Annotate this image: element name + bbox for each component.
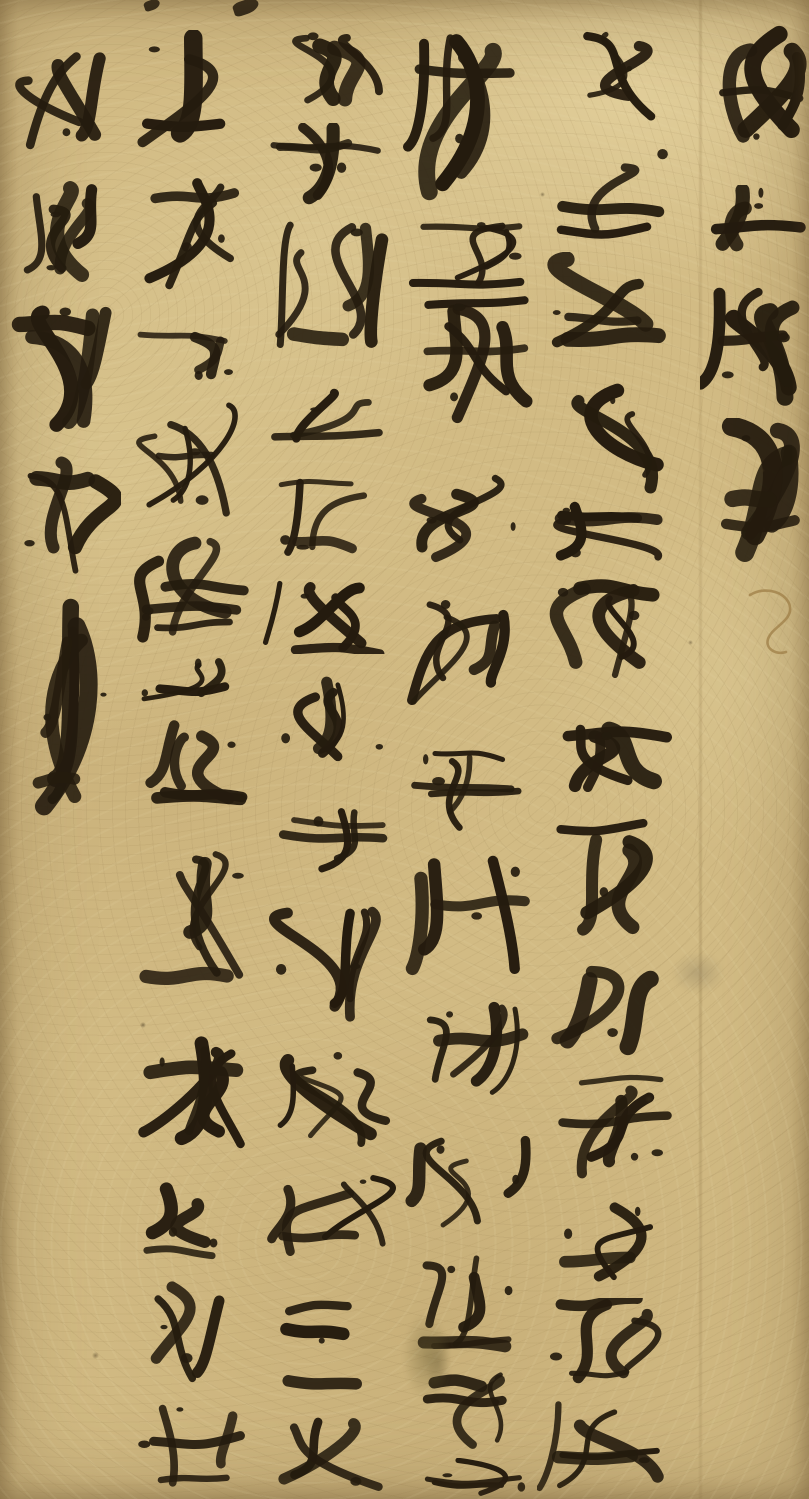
calligraphy-character (391, 1128, 546, 1236)
calligraphy-character (122, 710, 262, 818)
calligraphy-character (700, 418, 809, 568)
calligraphy-character (537, 252, 687, 352)
calligraphy-column-2 (537, 0, 687, 1499)
calligraphy-character (122, 524, 262, 652)
calligraphy-character (255, 786, 405, 884)
calligraphy-character (391, 18, 546, 208)
calligraphy-sheet (0, 0, 809, 1499)
calligraphy-character (255, 378, 405, 456)
calligraphy-character (391, 998, 546, 1106)
calligraphy-character (391, 1366, 546, 1456)
calligraphy-character (391, 598, 546, 710)
calligraphy-character (700, 185, 809, 260)
calligraphy-character (537, 713, 687, 805)
calligraphy-column-5 (122, 0, 262, 1499)
calligraphy-column-6 (3, 0, 121, 1499)
calligraphy-character (122, 30, 262, 154)
calligraphy-character (122, 1400, 262, 1499)
calligraphy-character (537, 1072, 687, 1192)
calligraphy-character (3, 48, 121, 156)
calligraphy-character (537, 25, 687, 125)
calligraphy-character (255, 25, 405, 113)
calligraphy-character (255, 1400, 405, 1499)
calligraphy-character (391, 1248, 546, 1356)
calligraphy-character (391, 470, 546, 566)
calligraphy-character (122, 328, 262, 386)
calligraphy-character (122, 398, 262, 522)
calligraphy-character (3, 590, 121, 830)
calligraphy-character (255, 123, 405, 206)
calligraphy-character (3, 176, 121, 286)
calligraphy-character (255, 476, 405, 564)
calligraphy-character (537, 575, 687, 695)
calligraphy-character (255, 216, 405, 356)
calligraphy-character (537, 382, 687, 497)
calligraphy-character (255, 1166, 405, 1266)
calligraphy-column-1 (700, 0, 809, 1499)
calligraphy-character (537, 962, 687, 1062)
calligraphy-character (255, 1280, 405, 1392)
calligraphy-character (255, 903, 405, 1031)
calligraphy-character (537, 1395, 687, 1499)
calligraphy-character (391, 748, 546, 838)
calligraphy-character (537, 816, 687, 946)
calligraphy-character (122, 1178, 262, 1263)
calligraphy-character (122, 1033, 262, 1165)
calligraphy-character (391, 210, 546, 290)
calligraphy-character (122, 1276, 262, 1392)
calligraphy-character (537, 148, 687, 240)
calligraphy-character (122, 656, 262, 706)
calligraphy-character (537, 1200, 687, 1292)
calligraphy-character (122, 176, 262, 294)
calligraphy-column-3 (391, 0, 546, 1499)
calligraphy-character (391, 1458, 546, 1499)
calligraphy-character (3, 446, 121, 582)
calligraphy-column-4 (255, 0, 405, 1499)
calligraphy-character (391, 852, 546, 992)
calligraphy-character (391, 293, 546, 433)
paper-stain (688, 640, 693, 645)
calligraphy-character (255, 676, 405, 764)
calligraphy-character (122, 836, 262, 991)
calligraphy-character (700, 278, 809, 408)
calligraphy-character (700, 25, 809, 160)
calligraphy-character (255, 1046, 405, 1152)
calligraphy-character (537, 1298, 687, 1386)
calligraphy-character (255, 576, 405, 654)
calligraphy-character (537, 500, 687, 570)
calligraphy-character (3, 296, 121, 436)
